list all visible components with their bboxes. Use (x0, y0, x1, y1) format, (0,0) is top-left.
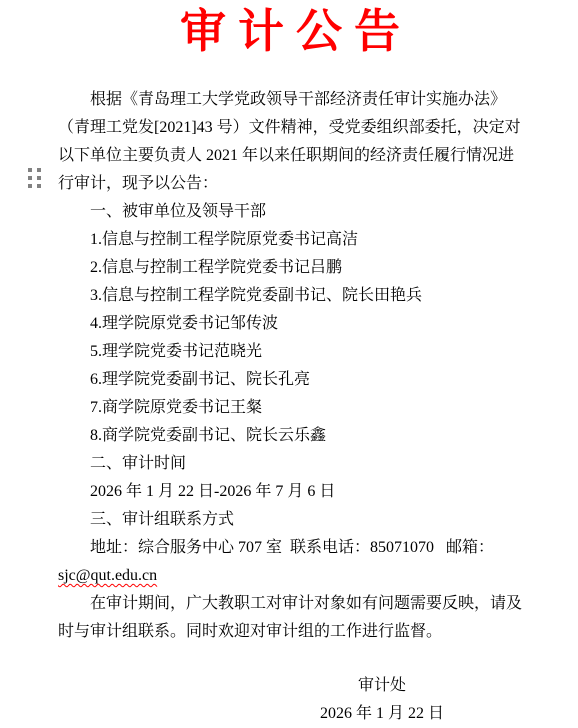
contact-email: sjc@qut.edu.cn (58, 567, 157, 584)
contact-info-line: 地址：综合服务中心 707 室 联系电话：85071070 邮箱：sjc@qut… (58, 534, 522, 590)
document-content: 审计公告 根据《青岛理工大学党政领导干部经济责任审计实施办法》（青理工党发[20… (0, 0, 578, 728)
signature-block: 审计处 2026 年 1 月 22 日 (320, 672, 444, 728)
contact-address-phone: 地址：综合服务中心 707 室 联系电话：85071070 邮箱： (90, 539, 494, 556)
closing-paragraph: 在审计期间，广大教职工对审计对象如有问题需要反映，请及时与审计组联系。同时欢迎对… (58, 590, 522, 646)
handle-dot (37, 168, 41, 172)
signature-org: 审计处 (320, 672, 444, 700)
section-heading-units: 一、被审单位及领导干部 (58, 198, 522, 226)
audit-target-item: 1.信息与控制工程学院原党委书记高洁 (58, 226, 522, 254)
audit-target-item: 2.信息与控制工程学院党委书记吕鹏 (58, 254, 522, 282)
audit-target-item: 4.理学院原党委书记邹传波 (58, 310, 522, 338)
document-page: 审计公告 根据《青岛理工大学党政领导干部经济责任审计实施办法》（青理工党发[20… (0, 0, 578, 728)
audit-target-item: 5.理学院党委书记范晓光 (58, 338, 522, 366)
handle-dot (37, 184, 41, 188)
audit-target-item: 8.商学院党委副书记、院长云乐鑫 (58, 422, 522, 450)
audit-target-item: 7.商学院原党委书记王粲 (58, 394, 522, 422)
page-title: 审计公告 (58, 0, 522, 62)
section-heading-time: 二、审计时间 (58, 450, 522, 478)
handle-dot (28, 176, 32, 180)
handle-dot (28, 168, 32, 172)
section-heading-contact: 三、审计组联系方式 (58, 506, 522, 534)
audit-target-item: 3.信息与控制工程学院党委副书记、院长田艳兵 (58, 282, 522, 310)
drag-handle-icon[interactable] (28, 168, 41, 188)
handle-dot (37, 176, 41, 180)
handle-dot (28, 184, 32, 188)
signature-date: 2026 年 1 月 22 日 (320, 700, 444, 728)
document-body: 根据《青岛理工大学党政领导干部经济责任审计实施办法》（青理工党发[2021]43… (58, 86, 522, 646)
audit-period-text: 2026 年 1 月 22 日-2026 年 7 月 6 日 (58, 478, 522, 506)
audit-target-item: 6.理学院党委副书记、院长孔亮 (58, 366, 522, 394)
paragraph-intro: 根据《青岛理工大学党政领导干部经济责任审计实施办法》（青理工党发[2021]43… (58, 86, 522, 198)
